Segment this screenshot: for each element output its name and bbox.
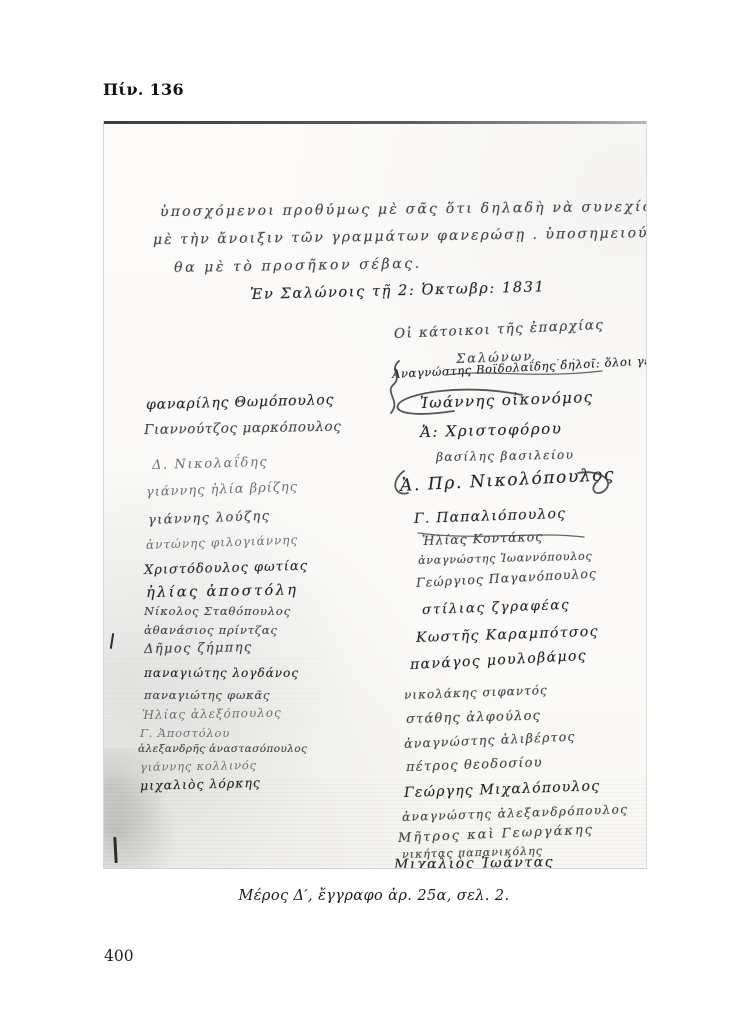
manuscript-photo: ὑποσχόμενοι προθύμως μὲ σᾶς ὅτι δηλαδὴ ν…	[103, 121, 647, 869]
manuscript-signature: στίλιας ζγραφέας	[422, 597, 571, 618]
manuscript-signature: Ἀ. Πρ. Νικολόπουλος	[399, 465, 615, 496]
ink-mark	[110, 633, 114, 649]
manuscript-signature: ἀθανάσιος πρίντζας	[144, 623, 278, 637]
manuscript-signature: Ἡλίας ἀλεξόπουλος	[142, 706, 282, 722]
manuscript-signature: φαναρίλης Θωμόπουλος	[146, 392, 335, 413]
manuscript-line: θα μὲ τὸ προσῆκον σέβας.	[174, 256, 422, 276]
manuscript-signature: γιάννης κολλινός	[140, 758, 257, 774]
manuscript-signature: βασίλης βασιλείου	[436, 448, 575, 464]
manuscript-signature: ἀντώνης φιλογιάννης	[146, 533, 299, 552]
manuscript-signature: νικολάκης σιφαντός	[404, 683, 548, 702]
manuscript-signature: παναγιώτης λογδάνος	[144, 666, 299, 680]
plate-label: Πίν. 136	[103, 80, 184, 99]
page-number: 400	[104, 947, 134, 965]
manuscript-signature: ἠλίας ἀποστόλη	[146, 582, 299, 601]
manuscript-signature: γιάννης ἠλία βρίζης	[146, 480, 298, 500]
manuscript-signature: μιχαλιὸς λόρκης	[140, 775, 261, 793]
manuscript-signature: Γ. Παπαλιόπουλος	[414, 506, 567, 527]
photo-top-edge	[104, 121, 646, 124]
manuscript-signature: Μιχαλιὸς Ἰωάντας	[394, 854, 554, 869]
manuscript-signature: ἀναγνώστης Ἰωαννόπουλος	[418, 549, 593, 567]
manuscript-signature: Κωστῆς Καραμπότσος	[416, 624, 599, 646]
manuscript-signature: Ἡλίας Κοντάκος	[422, 529, 544, 548]
manuscript-signature: Ἰωάννης οἰκονόμος	[420, 388, 594, 412]
manuscript-signature: ἀλεξανδρῆς ἀναστασόπουλος	[138, 743, 307, 755]
manuscript-signature: στάθης ἀλφούλος	[406, 708, 541, 727]
manuscript-signature: Ἀ: Χριστοφόρου	[420, 419, 563, 441]
book-page: Πίν. 136 ὑποσχόμενοι προθύμως μὲ σᾶς ὅτι…	[0, 0, 743, 1027]
manuscript-signature: γιάννης λούζης	[148, 509, 271, 528]
manuscript-signature: ἀναγνώστης ἀλιβέρτος	[404, 729, 576, 751]
manuscript-signature: πέτρος θεοδοσίου	[406, 755, 543, 775]
manuscript-signature: Χριστόδουλος φωτίας	[144, 559, 308, 578]
manuscript-dateline: Ἐν Σαλώνοις τῇ 2: Ὀκτωβρ: 1831	[250, 279, 546, 303]
manuscript-signature: Γεώργιος Παγανόπουλος	[416, 566, 598, 590]
manuscript-signature: Νίκολος Σταθόπουλος	[144, 604, 291, 618]
manuscript-signature: παναγιώτης φωκᾶς	[144, 688, 270, 702]
manuscript-signature: Δ. Νικολαΐδης	[152, 455, 269, 473]
manuscript-signature: Δῆμος ζήμπης	[144, 640, 253, 657]
manuscript-signature: Γιαννούτζος μαρκόπουλος	[144, 419, 342, 438]
manuscript-line: ὑποσχόμενοι προθύμως μὲ σᾶς ὅτι δηλαδὴ ν…	[160, 199, 647, 220]
manuscript-line: μὲ τὴν ἄνοιξιν τῶν γραμμάτων φανερώσῃ . …	[153, 225, 647, 248]
manuscript-signature: Γ. Ἀποστόλου	[140, 726, 230, 740]
manuscript-signature: πανάγος μουλοβάμος	[410, 648, 588, 673]
figure-caption: Μέρος Δ′, ἔγγραφο ἀρ. 25α, σελ. 2.	[103, 888, 645, 904]
right-column-heading: Οἱ κάτοικοι τῆς ἐπαρχίας	[394, 317, 605, 342]
